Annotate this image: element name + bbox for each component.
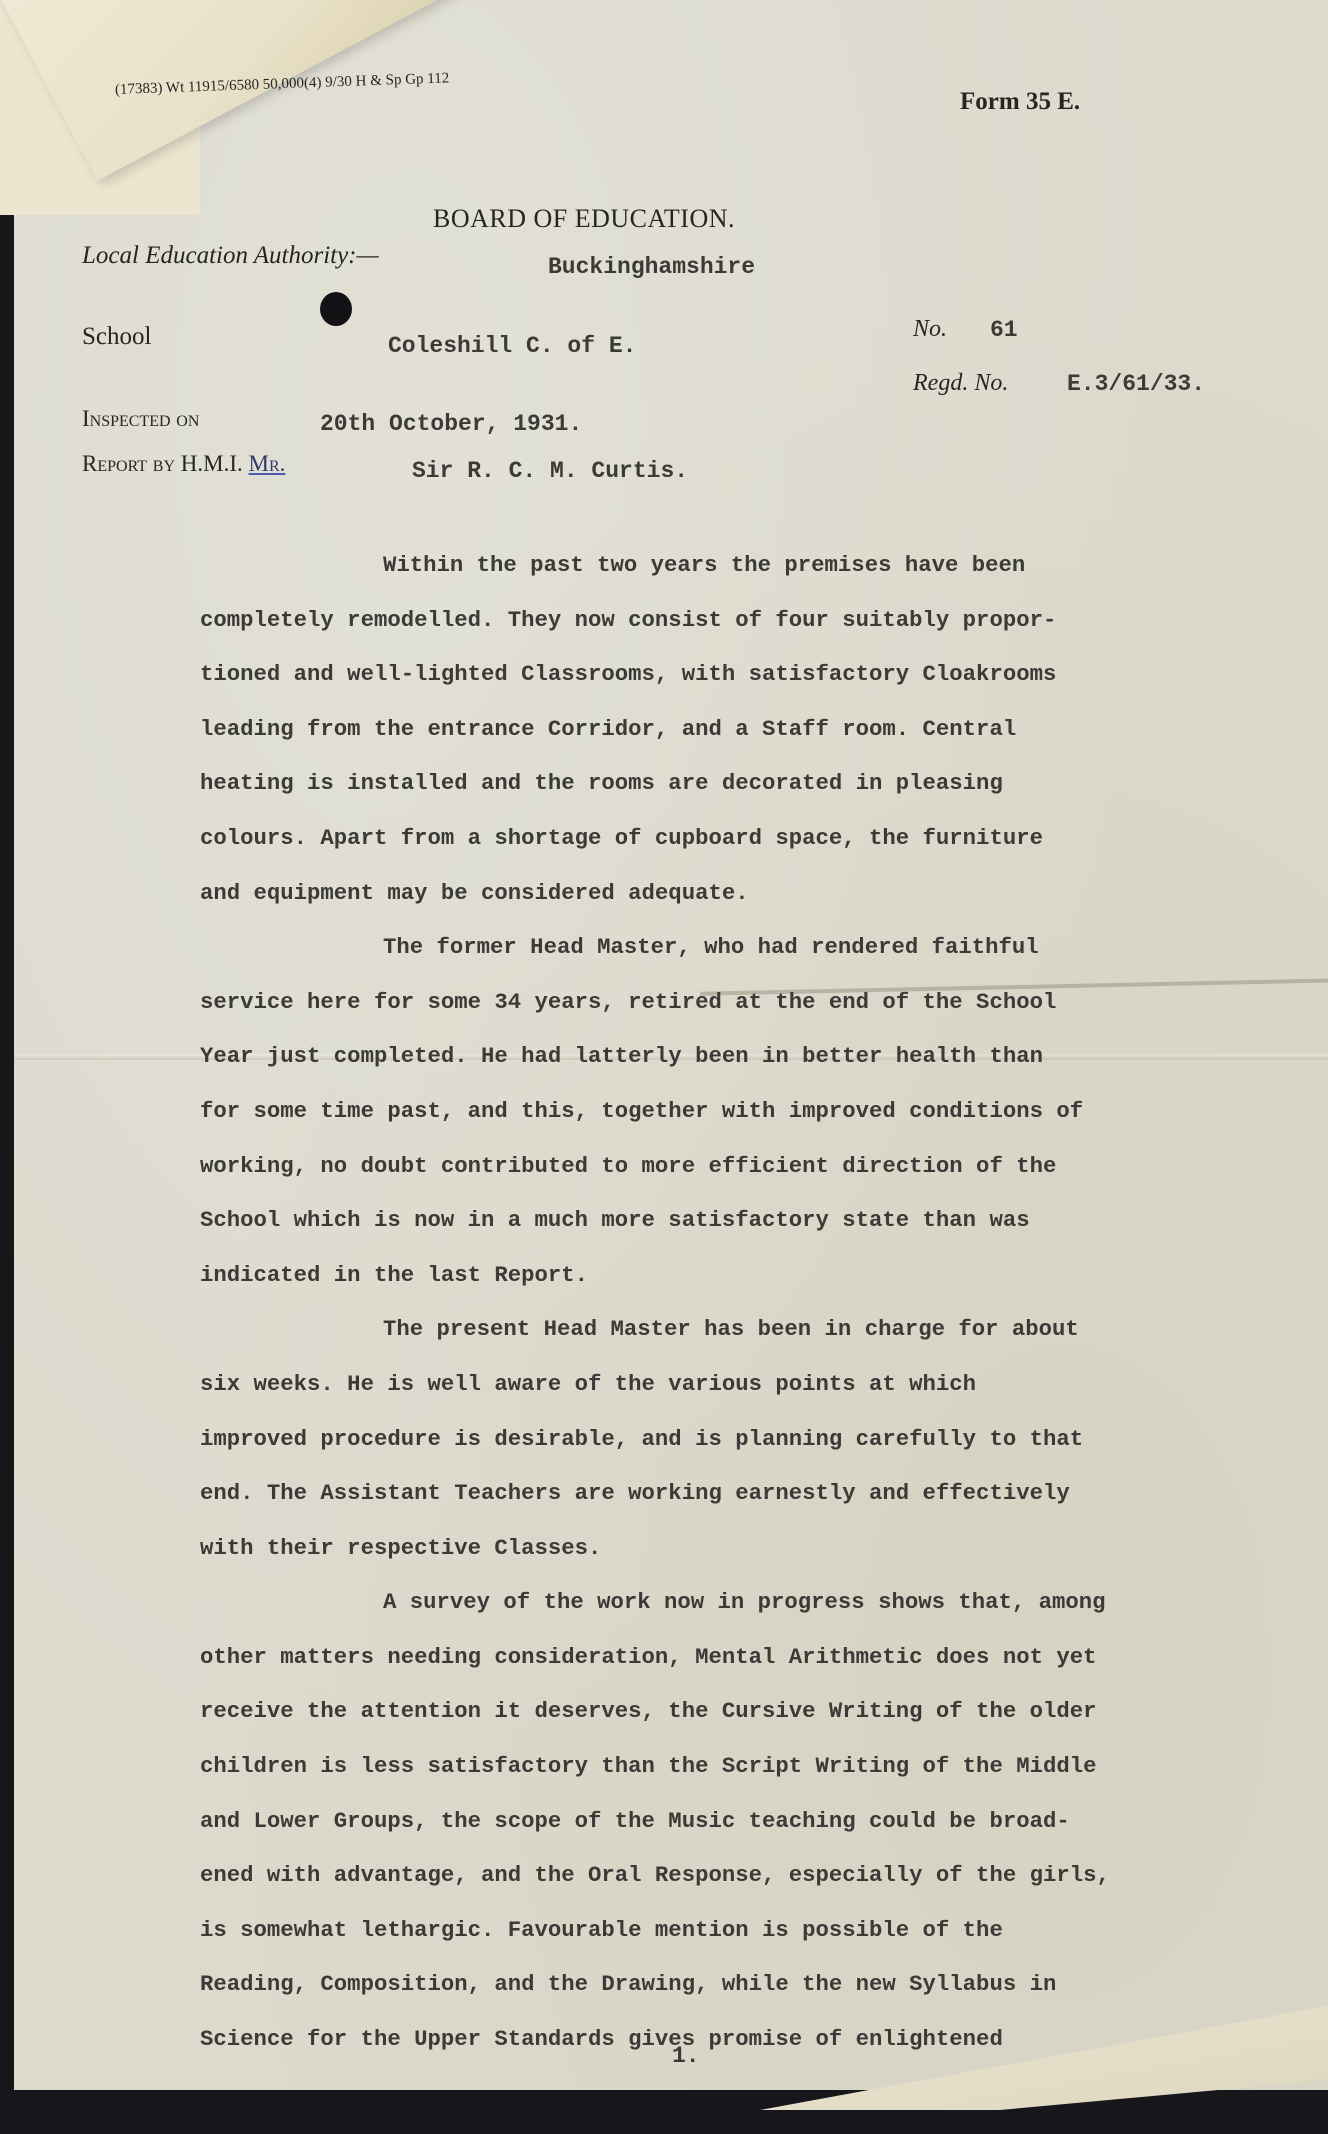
body-line: The present Head Master has been in char… [200,1302,1320,1357]
body-line: improved procedure is desirable, and is … [200,1412,1320,1467]
body-line: The former Head Master, who had rendered… [200,920,1320,975]
school-label: School [82,323,151,351]
punch-hole-icon [320,292,352,326]
body-line: for some time past, and this, together w… [200,1084,1320,1139]
regd-number-label: Regd. No. [913,370,1008,397]
inspected-on-value: 20th October, 1931. [320,411,582,437]
body-line: Year just completed. He had latterly bee… [200,1029,1320,1084]
body-line: working, no doubt contributed to more ef… [200,1139,1320,1194]
body-line: six weeks. He is well aware of the vario… [200,1357,1320,1412]
lea-value: Buckinghamshire [548,254,755,280]
body-line: indicated in the last Report. [200,1248,1320,1303]
form-number: Form 35 E. [960,88,1080,116]
inspector-name: Sir R. C. M. Curtis. [412,458,688,484]
body-line: and equipment may be considered adequate… [200,866,1320,921]
inspected-on-label: Inspected on [82,406,199,432]
regd-number-value: E.3/61/33. [1067,371,1205,397]
report-by-text: Report by H.M.I. [82,451,243,476]
body-line: receive the attention it deserves, the C… [200,1684,1320,1739]
body-line: A survey of the work now in progress sho… [200,1575,1320,1630]
body-line: other matters needing consideration, Men… [200,1630,1320,1685]
body-line: Reading, Composition, and the Drawing, w… [200,1957,1320,2012]
number-label: No. [913,316,947,343]
body-line: with their respective Classes. [200,1521,1320,1576]
body-line: is somewhat lethargic. Favourable mentio… [200,1903,1320,1958]
report-body: Within the past two years the premises h… [200,538,1320,2067]
lea-label: Local Education Authority:— [82,242,379,270]
body-line: leading from the entrance Corridor, and … [200,702,1320,757]
body-line: children is less satisfactory than the S… [200,1739,1320,1794]
report-by-label: Report by H.M.I. Mr. [82,451,285,477]
number-value: 61 [990,317,1018,343]
document-heading: BOARD OF EDUCATION. [433,204,735,234]
body-line: Within the past two years the premises h… [200,538,1320,593]
body-line: and Lower Groups, the scope of the Music… [200,1794,1320,1849]
body-line: ened with advantage, and the Oral Respon… [200,1848,1320,1903]
body-line: service here for some 34 years, retired … [200,975,1320,1030]
body-line: heating is installed and the rooms are d… [200,756,1320,811]
page-number: 1. [672,2043,700,2069]
body-line: completely remodelled. They now consist … [200,593,1320,648]
school-value: Coleshill C. of E. [388,333,636,359]
body-line: tioned and well-lighted Classrooms, with… [200,647,1320,702]
body-line: end. The Assistant Teachers are working … [200,1466,1320,1521]
body-line: School which is now in a much more satis… [200,1193,1320,1248]
body-line: colours. Apart from a shortage of cupboa… [200,811,1320,866]
report-by-struck-title: Mr. [249,451,286,476]
